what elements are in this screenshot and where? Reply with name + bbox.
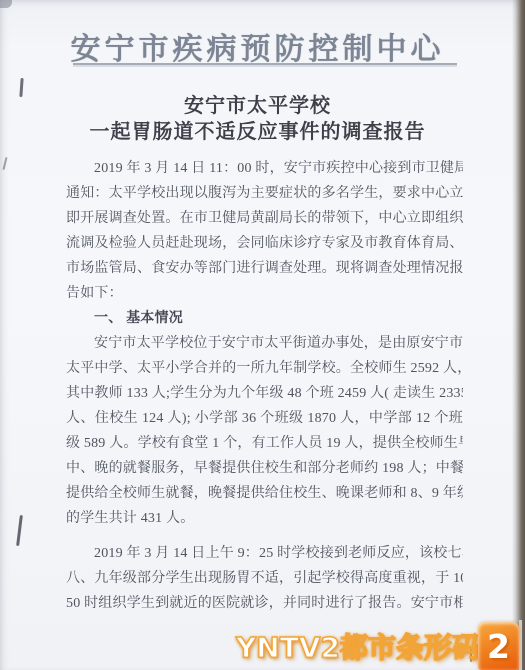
body-line: 一、 基本情况 xyxy=(66,306,463,331)
body-line: 市场监管局、食安办等部门进行调查处理。现将调查处理情况报 xyxy=(66,256,463,281)
body-line: 通知：太平学校出现以腹泻为主要症状的多名学生，要求中心立 xyxy=(66,181,463,206)
document-page: 安宁市疾病预防控制中心 安宁市太平学校 一起胃肠道不适反应事件的调查报告 201… xyxy=(0,0,525,670)
photo-corner-smudge xyxy=(0,0,12,8)
body-line: 太平中学、太平小学合并的一所九年制学校。全校师生 2592 人， xyxy=(66,356,463,381)
body-line: 即开展调查处置。在市卫健局黄副局长的带领下，中心立即组织 xyxy=(66,206,463,231)
body-line: 告如下： xyxy=(66,281,463,306)
letterhead-title: 安宁市疾病预防控制中心 xyxy=(0,24,515,68)
photo-edge-shadow xyxy=(512,0,525,670)
body-line: 50 时组织学生到就近的医院就诊，并同时进行了报告。安宁市相 xyxy=(66,591,463,616)
pen-mark-artifact xyxy=(16,515,23,546)
report-title-line2: 一起胃肠道不适反应事件的调查报告 xyxy=(0,115,515,144)
paper-edge-highlight xyxy=(519,620,522,670)
document-body: 2019 年 3 月 14 日 11：00 时，安宁市疾控中心接到市卫健局通知：… xyxy=(66,156,463,616)
channel-watermark: YNTV2都市条形码 xyxy=(236,626,480,666)
channel-2-logo: 2 xyxy=(478,622,519,670)
body-line: 八、九年级部分学生出现肠胃不适，引起学校得高度重视，于 10： xyxy=(66,566,463,591)
edge-tick-artifact xyxy=(2,157,7,170)
body-line: 人、住校生 124 人); 小学部 36 个班级 1870 人，中学部 12 个… xyxy=(66,406,463,431)
body-line: 流调及检验人员赶赴现场，会同临床诊疗专家及市教育体育局、 xyxy=(66,231,463,256)
letterhead-rule xyxy=(73,63,457,65)
body-line: 提供给全校师生就餐，晚餐提供给住校生、晚课老师和 8、9 年级 xyxy=(66,481,463,506)
body-line: 的学生共计 431 人。 xyxy=(66,506,463,531)
body-line: 其中教师 133 人;学生分为九个年级 48 个班 2459 人( 走读生 23… xyxy=(66,381,463,406)
report-title-line1: 安宁市太平学校 xyxy=(0,89,515,118)
body-line: 2019 年 3 月 14 日上午 9：25 时学校接到老师反应，该校七、 xyxy=(66,541,463,566)
body-line: 级 589 人。学校有食堂 1 个，有工作人员 19 人，提供全校师生早、 xyxy=(66,431,463,456)
body-line: 2019 年 3 月 14 日 11：00 时，安宁市疾控中心接到市卫健局 xyxy=(66,156,463,181)
body-line: 安宁市太平学校位于安宁市太平街道办事处，是由原安宁市 xyxy=(66,331,463,356)
channel-2-logo-label: 2 xyxy=(487,630,510,663)
screenshot-root: 安宁市疾病预防控制中心 安宁市太平学校 一起胃肠道不适反应事件的调查报告 201… xyxy=(0,0,525,670)
body-line: 中、晚的就餐服务，早餐提供住校生和部分老师约 198 人；中餐 xyxy=(66,456,463,481)
